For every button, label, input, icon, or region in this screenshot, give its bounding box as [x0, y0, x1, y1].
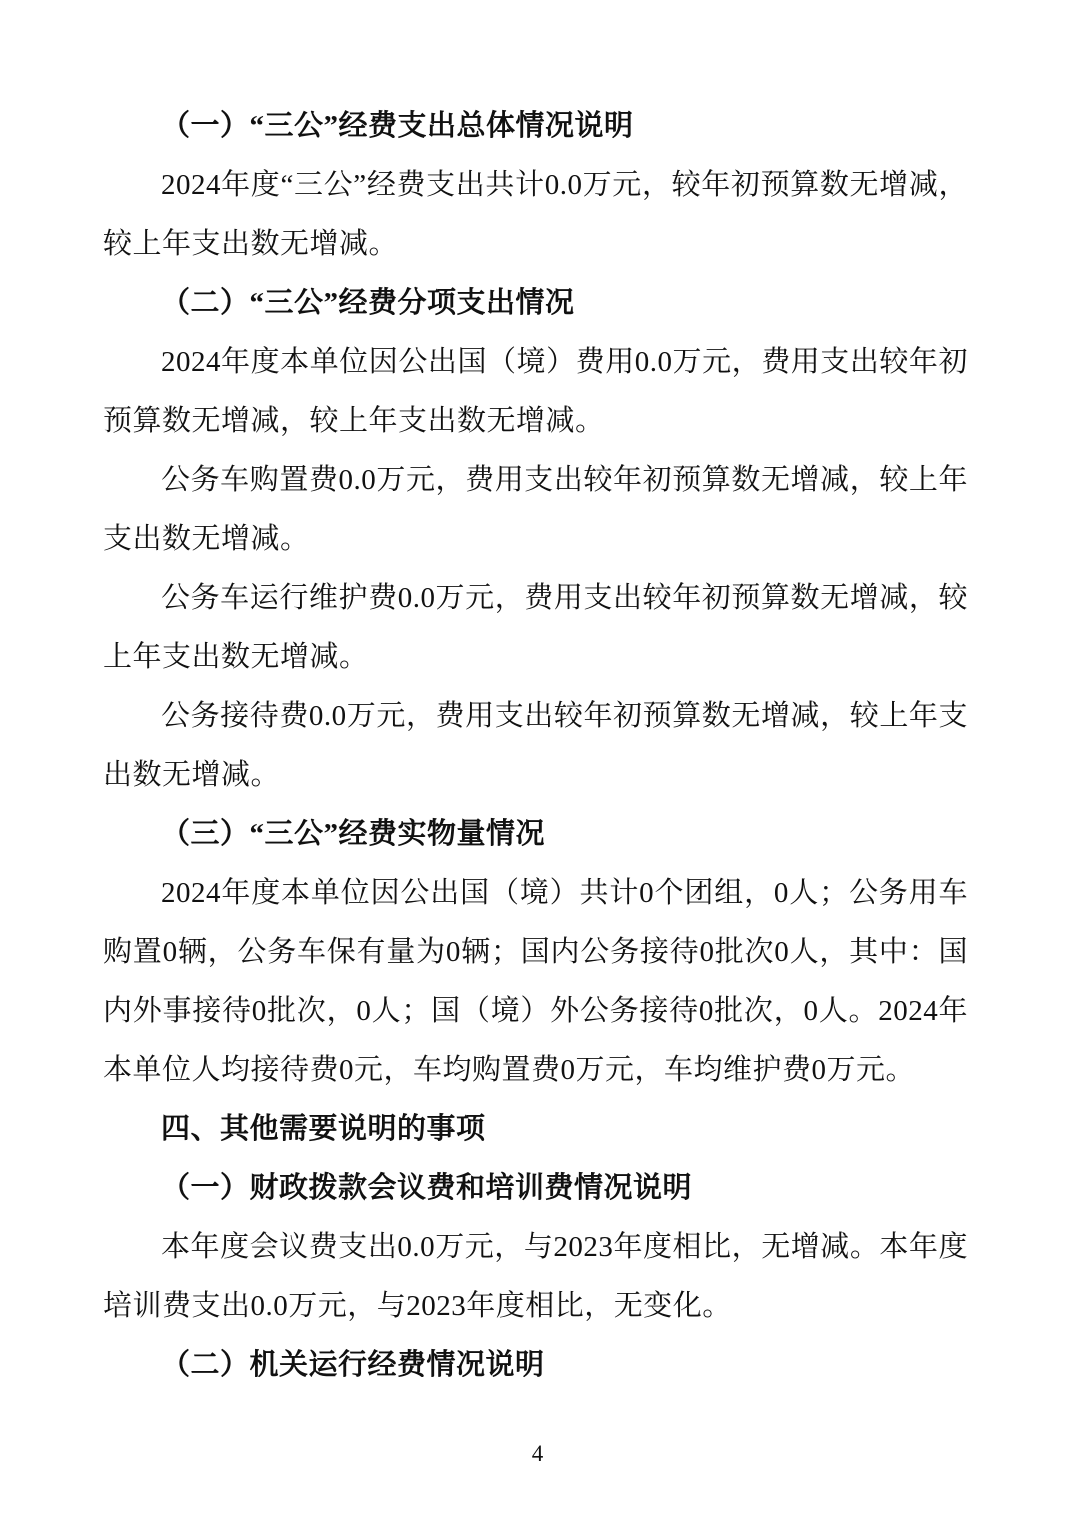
page-number: 4	[0, 1440, 1075, 1468]
section-heading-2: （二）“三公”经费分项支出情况	[103, 274, 968, 333]
section-heading-3: （三）“三公”经费实物量情况	[103, 805, 968, 864]
section-heading-meeting-training: （一）财政拨款会议费和培训费情况说明	[103, 1159, 968, 1218]
paragraph-official-reception: 公务接待费0.0万元，费用支出较年初预算数无增减，较上年支出数无增减。	[103, 687, 968, 805]
paragraph-total-expense: 2024年度“三公”经费支出共计0.0万元，较年初预算数无增减，较上年支出数无增…	[103, 156, 968, 274]
paragraph-vehicle-maintenance: 公务车运行维护费0.0万元，费用支出较年初预算数无增减，较上年支出数无增减。	[103, 569, 968, 687]
paragraph-meeting-training: 本年度会议费支出0.0万元，与2023年度相比，无增减。本年度培训费支出0.0万…	[103, 1218, 968, 1336]
paragraph-physical-quantity: 2024年度本单位因公出国（境）共计0个团组，0人；公务用车购置0辆，公务车保有…	[103, 864, 968, 1100]
paragraph-abroad-expense: 2024年度本单位因公出国（境）费用0.0万元，费用支出较年初预算数无增减，较上…	[103, 333, 968, 451]
document-page: （一）“三公”经费支出总体情况说明 2024年度“三公”经费支出共计0.0万元，…	[0, 0, 1075, 1520]
document-body: （一）“三公”经费支出总体情况说明 2024年度“三公”经费支出共计0.0万元，…	[103, 97, 968, 1395]
chapter-heading-4: 四、其他需要说明的事项	[103, 1100, 968, 1159]
paragraph-vehicle-purchase: 公务车购置费0.0万元，费用支出较年初预算数无增减，较上年支出数无增减。	[103, 451, 968, 569]
section-heading-operating-expense: （二）机关运行经费情况说明	[103, 1336, 968, 1395]
section-heading-1: （一）“三公”经费支出总体情况说明	[103, 97, 968, 156]
